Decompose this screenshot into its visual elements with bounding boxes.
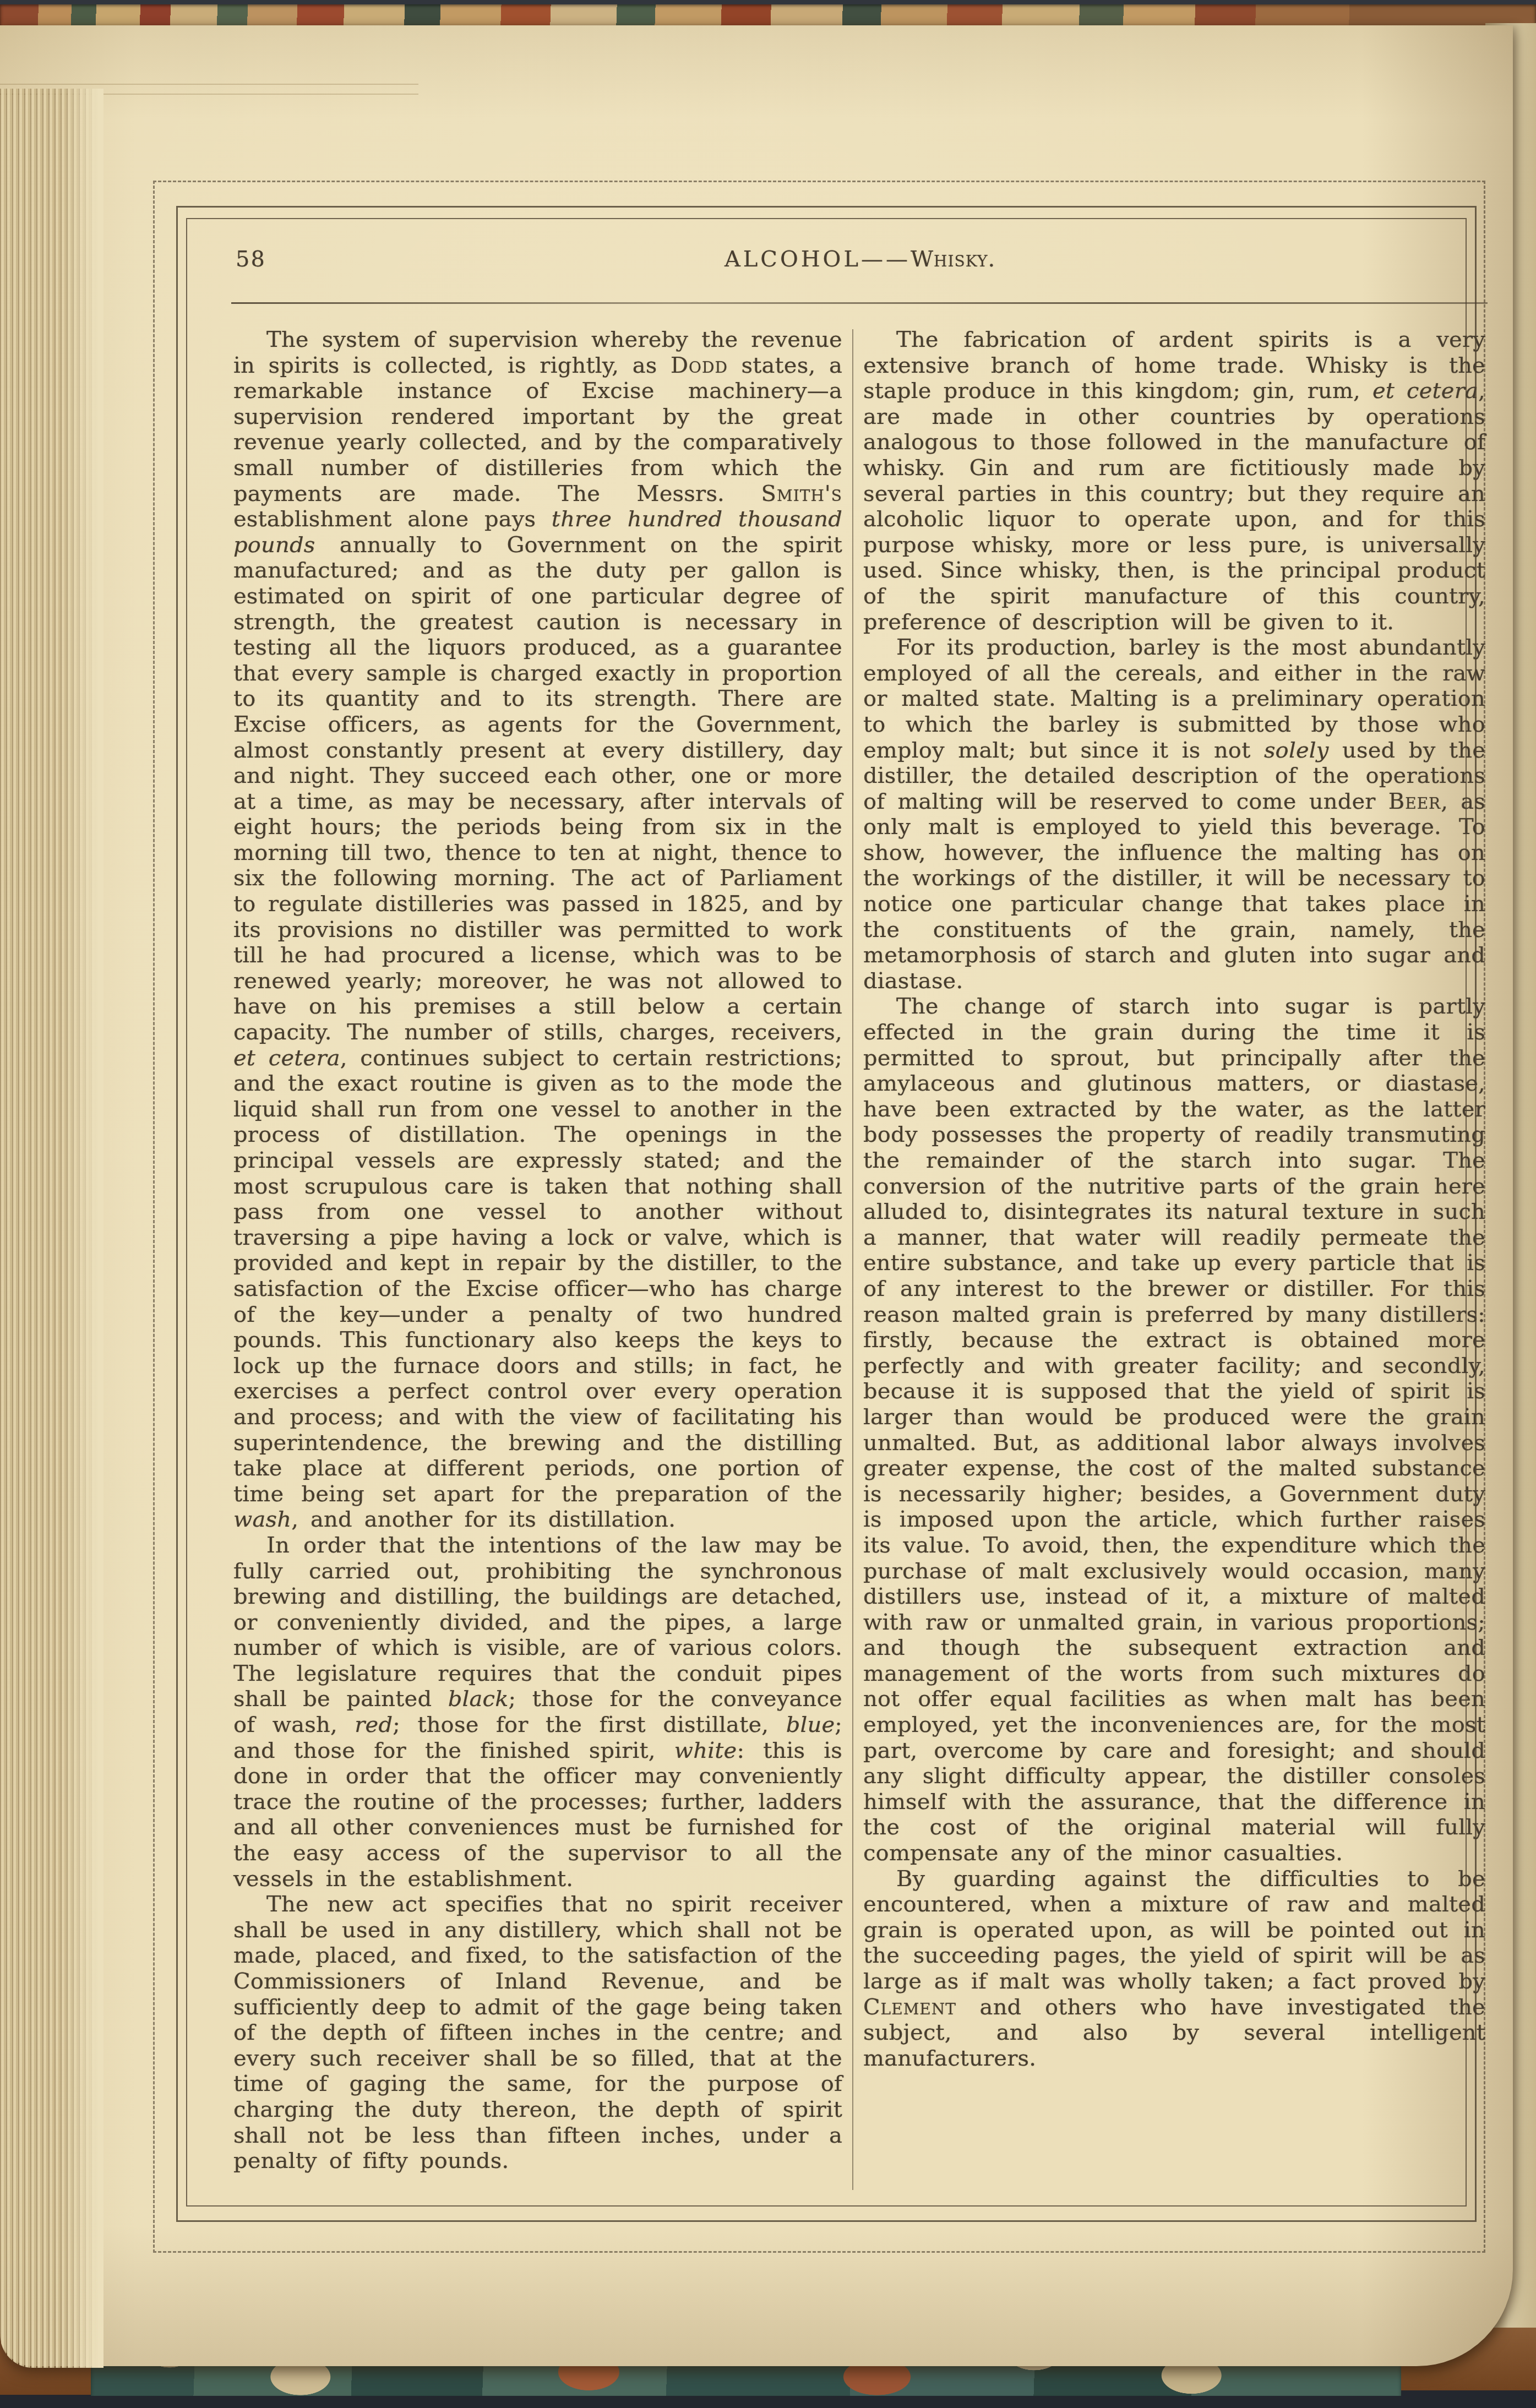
left-column: The system of supervision whereby the re… <box>233 327 842 2174</box>
paragraph: The fabrication of ardent spirits is a v… <box>863 327 1485 635</box>
running-title: ALCOHOL——Whisky. <box>233 247 1486 272</box>
paragraph: In order that the intentions of the law … <box>233 1533 842 1892</box>
column-divider-rule <box>852 329 853 2190</box>
paragraph: The new act specifies that no spirit rec… <box>233 1892 842 2174</box>
right-column: The fabrication of ardent spirits is a v… <box>863 327 1485 2071</box>
book-page: 58 ALCOHOL——Whisky. The system of superv… <box>0 25 1513 2366</box>
stacked-page-edges-left <box>0 89 104 2368</box>
paragraph: By guarding against the difficulties to … <box>863 1866 1485 2072</box>
header-rule <box>231 302 1488 304</box>
paragraph: The system of supervision whereby the re… <box>233 327 842 1533</box>
paragraph: The change of starch into sugar is partl… <box>863 994 1485 1866</box>
paragraph: For its production, barley is the most a… <box>863 635 1485 994</box>
